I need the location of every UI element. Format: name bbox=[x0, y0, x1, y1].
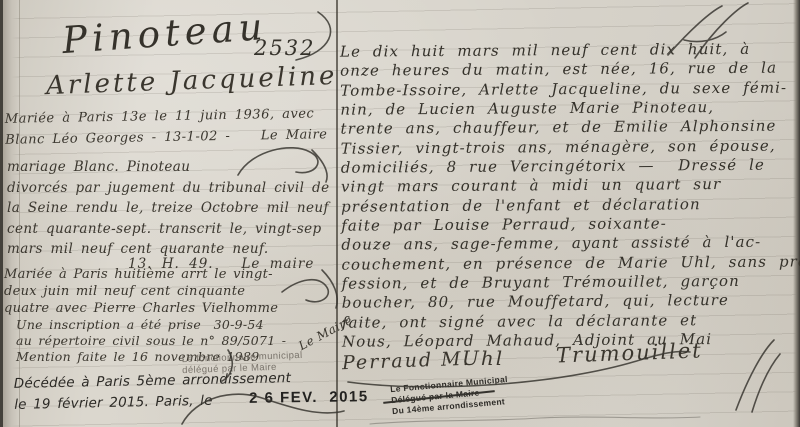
date-stamp-2015: 2 6 FEV. 2015 bbox=[249, 388, 369, 407]
signature-perraud: Perraud M. bbox=[342, 348, 471, 374]
margin-line: Mariée à Paris huitième arrt le vingt- bbox=[4, 266, 278, 283]
margin-note-divorce: mariage Blanc. Pinoteau divorcés par jug… bbox=[7, 157, 329, 260]
margin-line: cent quarante-sept. transcrit le, vingt-… bbox=[7, 219, 329, 240]
record-surname: Pinoteau bbox=[61, 5, 269, 62]
act-number: 2532 bbox=[254, 36, 315, 60]
margin-note-marriage-1936: Mariée à Paris 13e le 11 juin 1936, avec… bbox=[5, 103, 328, 151]
record-given-names: Arlette Jacqueline bbox=[46, 61, 338, 101]
next-line-trace bbox=[370, 417, 700, 424]
margin-line: mariage Blanc. Pinoteau bbox=[7, 157, 329, 178]
margin-line: quatre avec Pierre Charles Vielhomme bbox=[4, 300, 278, 317]
margin-line: Blanc Léo Georges - 13-1-02 - Le Maire bbox=[5, 124, 328, 151]
paraph-bottom-right bbox=[736, 340, 780, 412]
act-line: fession, et de Bruyant Trémouillet, garç… bbox=[342, 271, 800, 294]
act-line: Tombe-Issoire, Arlette Jacqueline, du se… bbox=[340, 78, 800, 101]
act-line: domiciliés, 8 rue Vercingétorix — Dressé… bbox=[341, 155, 800, 178]
birth-act-text: Le dix huit mars mil neuf cent dix huit,… bbox=[340, 39, 800, 352]
margin-line: deux juin mil neuf cent cinquante bbox=[4, 283, 278, 300]
signature-tremouillet: Trumouillet bbox=[556, 338, 703, 367]
margin-line: la Seine rendu le, treize Octobre mil ne… bbox=[7, 198, 329, 219]
margin-line: au répertoire civil sous le n° 89/5071 - bbox=[16, 333, 286, 349]
registry-page-scan: Pinoteau 2532 Arlette Jacqueline Mariée … bbox=[0, 0, 800, 427]
signature-flourish-1954 bbox=[282, 270, 337, 308]
margin-line: divorcés par jugement du tribunal civil … bbox=[7, 178, 329, 199]
margin-line: Une inscription a été prise 30-9-54 bbox=[16, 317, 286, 333]
signature-uhl: Uhl bbox=[462, 346, 504, 370]
margin-note-marriage-1954: Mariée à Paris huitième arrt le vingt- d… bbox=[4, 266, 278, 317]
